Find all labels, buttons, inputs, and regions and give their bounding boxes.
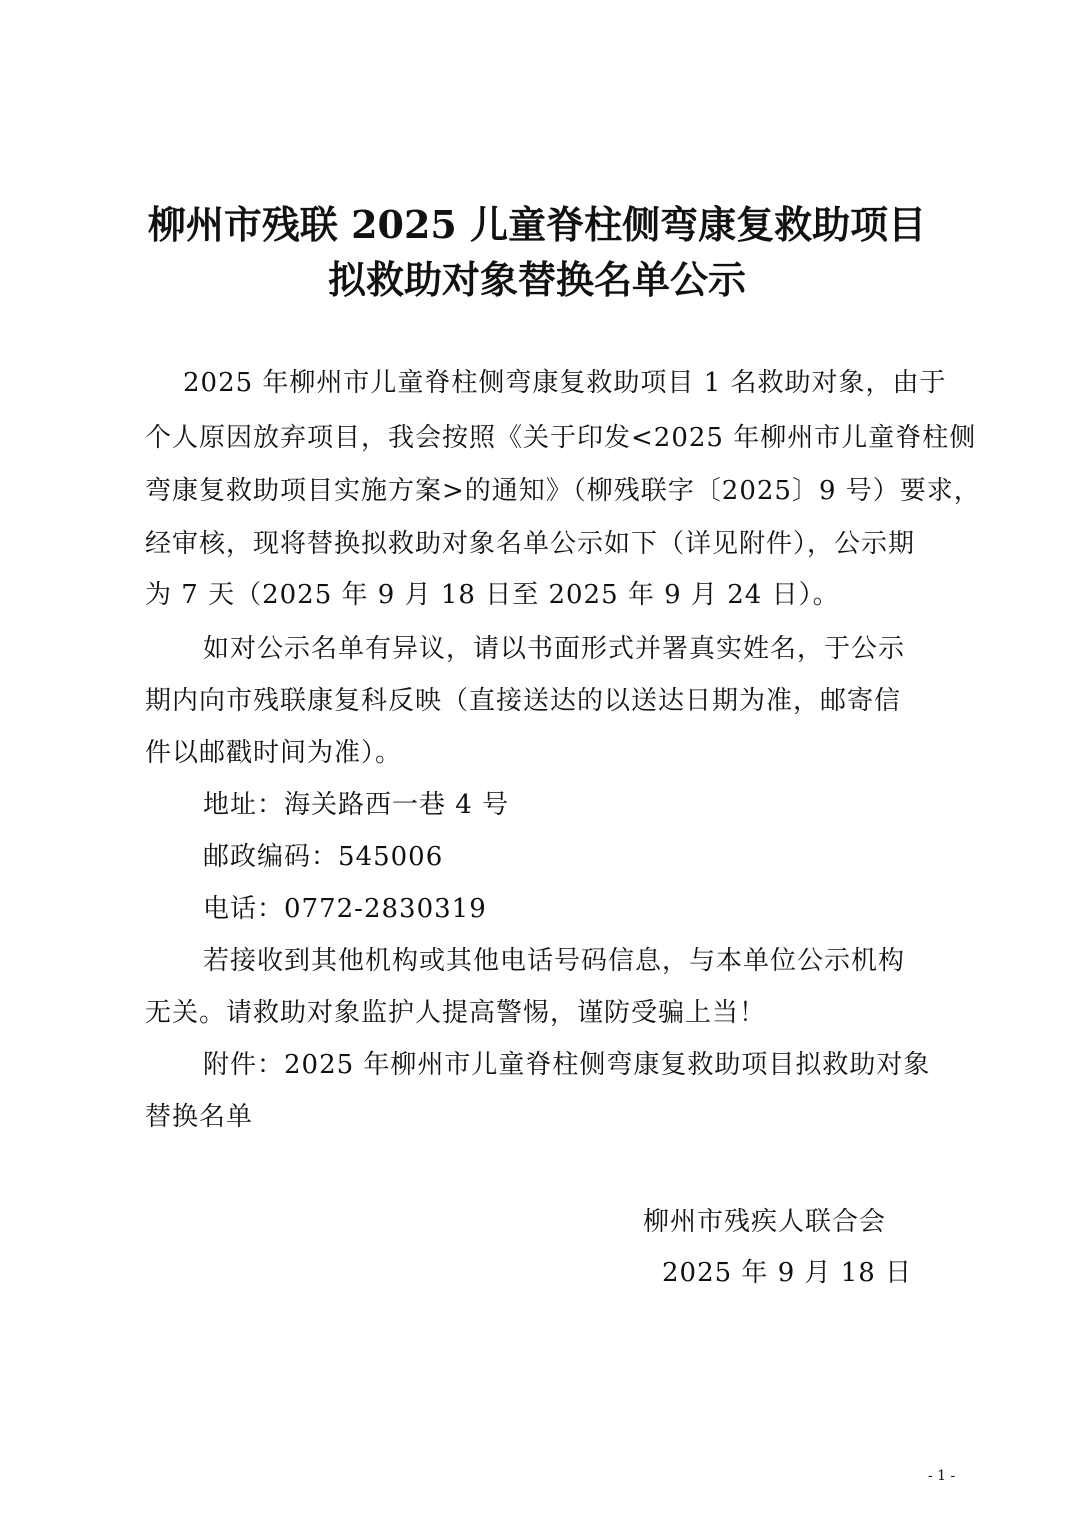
address-line: 地址：海关路西一巷 4 号 (203, 784, 509, 821)
body-line: 弯康复救助项目实施方案>的通知》（柳残联字〔2025〕9 号）要求， (145, 470, 981, 507)
body-line: 个人原因放弃项目，我会按照《关于印发<2025 年柳州市儿童脊柱侧 (145, 417, 976, 454)
attachment-line: 附件：2025 年柳州市儿童脊柱侧弯康复救助项目拟救助对象 (203, 1044, 930, 1081)
body-line: 若接收到其他机构或其他电话号码信息，与本单位公示机构 (203, 940, 905, 977)
document-page: 柳州市残联 2025 儿童脊柱侧弯康复救助项目 拟救助对象替换名单公示 2025… (0, 0, 1074, 1520)
document-title-line-1: 柳州市残联 2025 儿童脊柱侧弯康复救助项目 (0, 194, 1074, 249)
body-line: 期内向市残联康复科反映（直接送达的以送达日期为准，邮寄信 (145, 680, 901, 717)
document-title-line-2: 拟救助对象替换名单公示 (0, 249, 1074, 304)
attachment-line: 替换名单 (145, 1096, 253, 1133)
signature-date: 2025 年 9 月 18 日 (662, 1252, 912, 1289)
page-number: - 1 - (928, 1468, 955, 1484)
signature-organization: 柳州市残疾人联合会 (643, 1201, 886, 1238)
body-line: 件以邮戳时间为准）。 (145, 732, 402, 769)
postal-code-line: 邮政编码：545006 (203, 836, 443, 873)
body-line: 为 7 天（2025 年 9 月 18 日至 2025 年 9 月 24 日）。 (145, 574, 840, 611)
body-line: 经审核，现将替换拟救助对象名单公示如下（详见附件），公示期 (145, 523, 915, 560)
body-line: 2025 年柳州市儿童脊柱侧弯康复救助项目 1 名救助对象，由于 (183, 362, 947, 399)
body-line: 如对公示名单有异议，请以书面形式并署真实姓名，于公示 (203, 628, 905, 665)
body-line: 无关。请救助对象监护人提高警惕，谨防受骗上当！ (145, 992, 766, 1029)
phone-line: 电话：0772-2830319 (203, 888, 487, 925)
